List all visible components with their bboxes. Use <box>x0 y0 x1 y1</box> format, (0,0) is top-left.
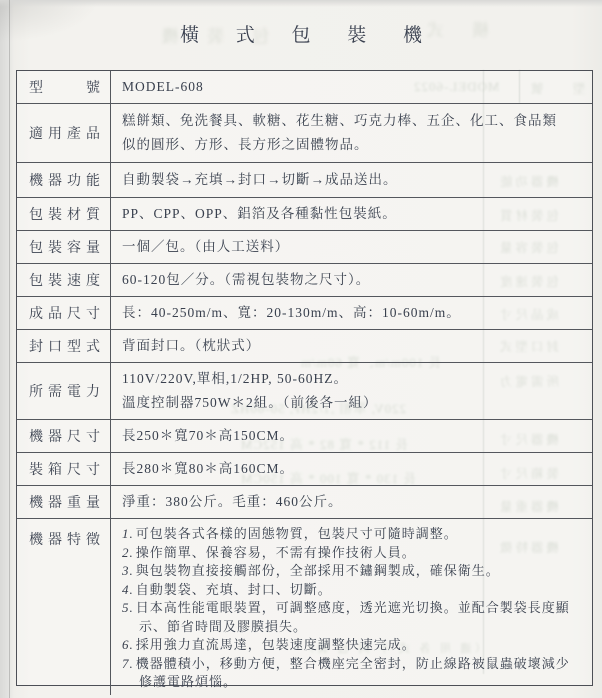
spec-row-machine-size: 機器尺寸 長250＊寬70＊高150CM。 <box>17 420 592 453</box>
spec-value: 長250＊寬70＊高150CM。 <box>111 420 592 452</box>
feature-item: 5.日本高性能電眼裝置，可調整感度，透光遮光切換。並配合製袋長度顯示、節省時間及… <box>122 599 582 636</box>
scanned-spec-sheet: 包 裝 機 橫 式 MODEL-6022 號 型 機器功能 包裝材質 包裝容量 … <box>0 0 602 698</box>
spec-value: 60-120包／分。（需視包裝物之尺寸）。 <box>111 264 592 296</box>
spec-row-packing-speed: 包裝速度 60-120包／分。（需視包裝物之尺寸）。 <box>17 264 592 297</box>
spec-label: 機器尺寸 <box>17 420 111 452</box>
spec-value-line: 自動製袋→充填→封口→切斷→成品送出。 <box>122 168 582 192</box>
feature-text: 可包裝各式各樣的固態物質，包裝尺寸可隨時調整。 <box>136 526 458 541</box>
feature-number: 5. <box>122 600 134 615</box>
spec-row-crate-size: 裝箱尺寸 長280＊寬80＊高160CM。 <box>17 453 592 486</box>
spec-value: 長：40-250m/m、寬：20-130m/m、高：10-60m/m。 <box>111 297 592 329</box>
spec-row-power-required: 所需電力 110V/220V,單相,1/2HP, 50-60HZ。 溫度控制器7… <box>17 363 592 420</box>
spec-value: PP、CPP、OPP、鋁箔及各種黏性包裝紙。 <box>111 198 592 230</box>
spec-value: 長280＊寬80＊高160CM。 <box>111 453 592 485</box>
spec-label: 適用產品 <box>17 104 111 162</box>
spec-label: 機器特徵 <box>17 519 111 695</box>
spec-value-line: 一個／包。（由人工送料） <box>122 235 582 259</box>
feature-text: 操作簡單、保養容易，不需有操作技術人員。 <box>136 545 416 560</box>
spec-value-line: 長280＊寬80＊高160CM。 <box>122 457 582 481</box>
spec-table: 型 號 MODEL-608 適用產品 糕餅類、免洗餐具、軟糖、花生糖、巧克力棒、… <box>16 70 593 686</box>
spec-row-machine-weight: 機器重量 淨重：380公斤。毛重：460公斤。 <box>17 486 592 519</box>
spec-value-line: PP、CPP、OPP、鋁箔及各種黏性包裝紙。 <box>122 202 582 226</box>
spec-value-line: 似的圓形、方形、長方形之固體物品。 <box>122 133 582 157</box>
spec-value: 自動製袋→充填→封口→切斷→成品送出。 <box>111 163 592 197</box>
spec-value-line: 背面封口。（枕狀式） <box>122 334 582 358</box>
spec-row-product-size: 成品尺寸 長：40-250m/m、寬：20-130m/m、高：10-60m/m。 <box>17 297 592 330</box>
feature-item: 3.與包裝物直接接觸部份，全部採用不鏽鋼製成，確保衛生。 <box>122 562 582 581</box>
spec-row-seal-type: 封口型式 背面封口。（枕狀式） <box>17 330 592 363</box>
spec-label: 機器功能 <box>17 163 111 197</box>
spec-label: 包裝容量 <box>17 231 111 263</box>
feature-item: 7.機器體積小，移動方便，整合機座完全密封，防止線路被鼠蟲破壞減少修護電路煩惱。 <box>122 655 582 692</box>
spec-value-line: 60-120包／分。（需視包裝物之尺寸）。 <box>122 268 582 292</box>
spec-value: MODEL-608 <box>111 71 592 103</box>
feature-number: 1. <box>122 526 134 541</box>
spec-value: 淨重：380公斤。毛重：460公斤。 <box>111 486 592 518</box>
spec-label: 所需電力 <box>17 363 111 419</box>
spec-row-applicable-products: 適用產品 糕餅類、免洗餐具、軟糖、花生糖、巧克力棒、五企、化工、食品類 似的圓形… <box>17 104 592 163</box>
spec-value-line: 溫度控制器750W＊2組。（前後各一組） <box>122 391 582 415</box>
scan-left-edge <box>9 0 10 698</box>
feature-text: 機器體積小，移動方便，整合機座完全密封，防止線路被鼠蟲破壞減少修護電路煩惱。 <box>136 656 570 690</box>
feature-item: 4.自動製袋、充填、封口、切斷。 <box>122 581 582 600</box>
page-title: 橫 式 包 裝 機 <box>0 20 602 47</box>
feature-number: 7. <box>122 656 134 671</box>
spec-row-model: 型 號 MODEL-608 <box>17 71 592 104</box>
spec-value: 一個／包。（由人工送料） <box>111 231 592 263</box>
spec-value: 背面封口。（枕狀式） <box>111 330 592 362</box>
spec-label: 型 號 <box>17 71 111 103</box>
spec-label: 成品尺寸 <box>17 297 111 329</box>
spec-value: 110V/220V,單相,1/2HP, 50-60HZ。 溫度控制器750W＊2… <box>111 363 592 419</box>
scan-top-edge <box>0 0 602 7</box>
feature-number: 4. <box>122 582 134 597</box>
feature-item: 2.操作簡單、保養容易，不需有操作技術人員。 <box>122 544 582 563</box>
spec-label: 封口型式 <box>17 330 111 362</box>
spec-value: 1.可包裝各式各樣的固態物質，包裝尺寸可隨時調整。 2.操作簡單、保養容易，不需… <box>111 519 592 695</box>
feature-text: 與包裝物直接接觸部份，全部採用不鏽鋼製成，確保衛生。 <box>136 563 500 578</box>
spec-row-machine-features: 機器特徵 1.可包裝各式各樣的固態物質，包裝尺寸可隨時調整。 2.操作簡單、保養… <box>17 519 592 685</box>
spec-value-line: 長：40-250m/m、寬：20-130m/m、高：10-60m/m。 <box>122 301 582 325</box>
feature-item: 1.可包裝各式各樣的固態物質，包裝尺寸可隨時調整。 <box>122 525 582 544</box>
spec-value-line: 淨重：380公斤。毛重：460公斤。 <box>122 490 582 514</box>
feature-text: 日本高性能電眼裝置，可調整感度，透光遮光切換。並配合製袋長度顯示、節省時間及膠膜… <box>136 600 570 634</box>
feature-item: 6.採用強力直流馬達，包裝速度調整快速完成。 <box>122 636 582 655</box>
spec-value-line: 110V/220V,單相,1/2HP, 50-60HZ。 <box>122 367 582 391</box>
spec-row-packing-material: 包裝材質 PP、CPP、OPP、鋁箔及各種黏性包裝紙。 <box>17 198 592 231</box>
spec-value-line: 長250＊寬70＊高150CM。 <box>122 424 582 448</box>
feature-number: 2. <box>122 545 134 560</box>
spec-row-machine-function: 機器功能 自動製袋→充填→封口→切斷→成品送出。 <box>17 163 592 198</box>
feature-text: 自動製袋、充填、封口、切斷。 <box>136 582 332 597</box>
feature-text: 採用強力直流馬達，包裝速度調整快速完成。 <box>136 637 416 652</box>
feature-number: 6. <box>122 637 134 652</box>
spec-value-line: MODEL-608 <box>122 75 582 99</box>
spec-label: 機器重量 <box>17 486 111 518</box>
spec-label: 包裝材質 <box>17 198 111 230</box>
spec-value-line: 糕餅類、免洗餐具、軟糖、花生糖、巧克力棒、五企、化工、食品類 <box>122 109 582 133</box>
spec-label: 裝箱尺寸 <box>17 453 111 485</box>
spec-row-packing-capacity: 包裝容量 一個／包。（由人工送料） <box>17 231 592 264</box>
spec-value: 糕餅類、免洗餐具、軟糖、花生糖、巧克力棒、五企、化工、食品類 似的圓形、方形、長… <box>111 104 592 162</box>
feature-number: 3. <box>122 563 134 578</box>
spec-label: 包裝速度 <box>17 264 111 296</box>
